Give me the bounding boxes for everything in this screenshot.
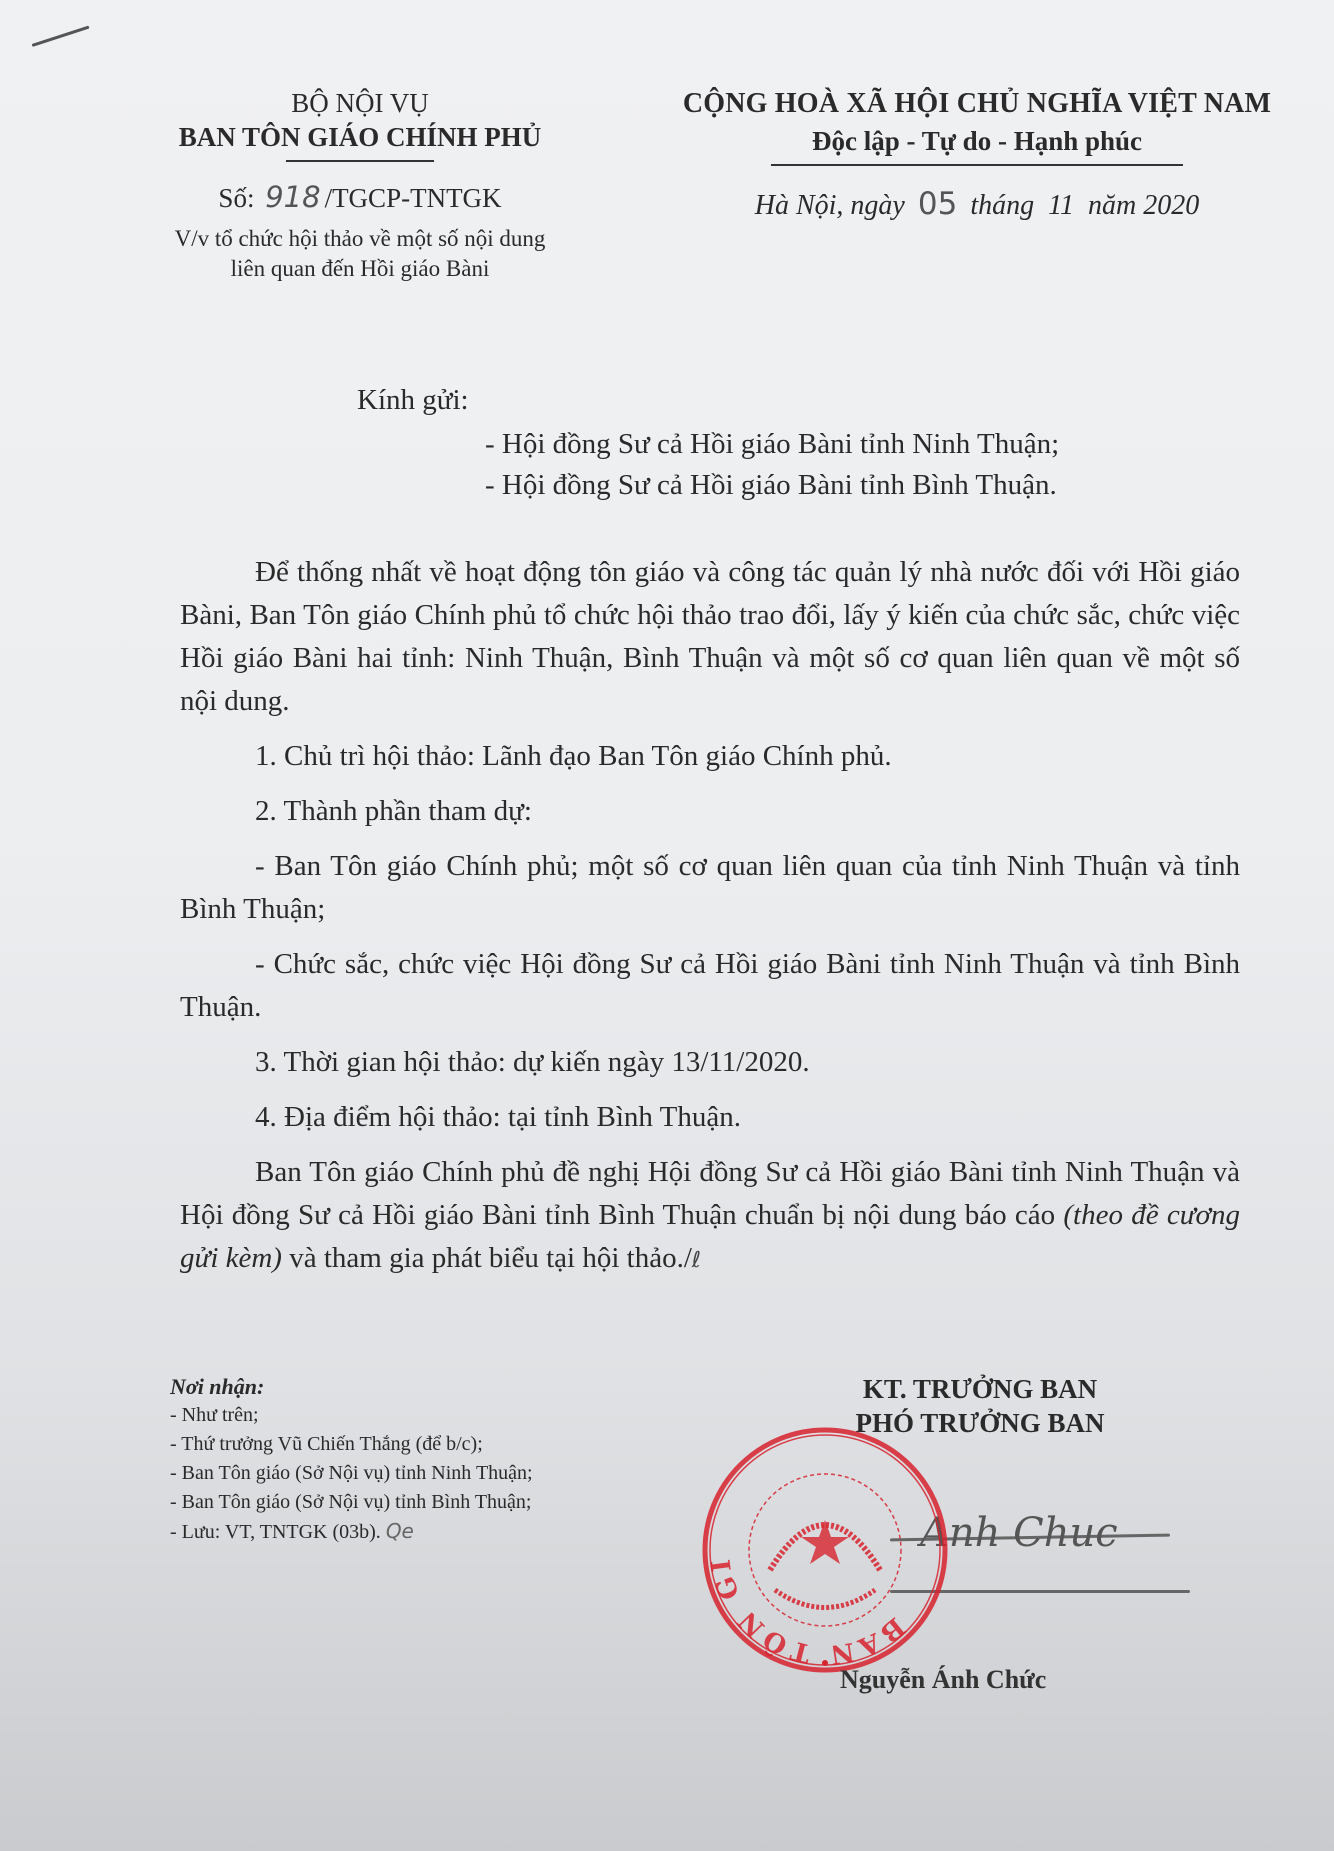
national-header: CỘNG HOÀ XÃ HỘI CHỦ NGHĨA VIỆT NAM Độc l… — [620, 86, 1334, 222]
intro-paragraph: Để thống nhất về hoạt động tôn giáo và c… — [180, 551, 1240, 723]
document-number: Số: 918/TGCP-TNTGK — [120, 180, 600, 214]
item-chair: 1. Chủ trì hội thảo: Lãnh đạo Ban Tôn gi… — [180, 735, 1240, 778]
ministry-name: BỘ NỘI VỤ — [120, 86, 600, 120]
participant-government: - Ban Tôn giáo Chính phủ; một số cơ quan… — [180, 845, 1240, 931]
handwritten-initials: Qe — [386, 1519, 414, 1543]
subject-line-2: liên quan đến Hồi giáo Bàni — [120, 254, 600, 284]
signatory-name: Nguyễn Ánh Chức — [840, 1665, 1046, 1695]
doc-number-handwritten: 918 — [261, 180, 324, 214]
signatory-line-1: KT. TRƯỞNG BAN — [820, 1372, 1140, 1406]
recipient-item: - Ban Tôn giáo (Sở Nội vụ) tỉnh Bình Thu… — [170, 1488, 533, 1517]
official-seal-icon: BAN TÔN GIÁO CHÍNH PHỦ — [700, 1425, 950, 1675]
item-participants: 2. Thành phần tham dự: — [180, 790, 1240, 833]
closing-paragraph: Ban Tôn giáo Chính phủ đề nghị Hội đồng … — [180, 1151, 1240, 1282]
issuing-agency-header: BỘ NỘI VỤ BAN TÔN GIÁO CHÍNH PHỦ Số: 918… — [120, 86, 600, 284]
doc-number-prefix: Số: — [218, 183, 254, 213]
recipient-item: - Thứ trưởng Vũ Chiến Thắng (để b/c); — [170, 1430, 533, 1459]
date-prefix: Hà Nội, ngày — [755, 190, 905, 221]
addressee-list: - Hội đồng Sư cả Hồi giáo Bàni tỉnh Ninh… — [485, 424, 1059, 506]
dateline: Hà Nội, ngày 05 tháng 11 năm 2020 — [620, 186, 1334, 222]
addressee-item: - Hội đồng Sư cả Hồi giáo Bàni tỉnh Bình… — [485, 465, 1059, 506]
date-day-handwritten: 05 — [912, 186, 963, 222]
subject: V/v tổ chức hội thảo về một số nội dung … — [120, 224, 600, 284]
doc-number-suffix: /TGCP-TNTGK — [325, 183, 502, 213]
national-motto: Độc lập - Tự do - Hạnh phúc — [620, 124, 1334, 158]
pen-mark — [32, 26, 90, 47]
svg-text:BAN TÔN GIÁO CHÍNH PHỦ: BAN TÔN GIÁO CHÍNH PHỦ — [700, 1425, 910, 1670]
recipient-item: - Lưu: VT, TNTGK (03b). Qe — [170, 1517, 533, 1547]
addressee-item: - Hội đồng Sư cả Hồi giáo Bàni tỉnh Ninh… — [485, 424, 1059, 465]
agency-underline — [286, 160, 434, 162]
letter-body: Để thống nhất về hoạt động tôn giáo và c… — [180, 551, 1240, 1294]
handwritten-initial: ℓ — [692, 1248, 701, 1273]
recipients-block: Nơi nhận: - Như trên; - Thứ trưởng Vũ Ch… — [170, 1372, 533, 1547]
motto-underline — [771, 164, 1183, 166]
participant-clergy: - Chức sắc, chức việc Hội đồng Sư cả Hồi… — [180, 943, 1240, 1029]
greeting: Kính gửi: — [357, 384, 469, 417]
recipient-item: - Ban Tôn giáo (Sở Nội vụ) tỉnh Ninh Thu… — [170, 1459, 533, 1488]
item-time: 3. Thời gian hội thảo: dự kiến ngày 13/1… — [180, 1041, 1240, 1084]
subject-line-1: V/v tổ chức hội thảo về một số nội dung — [120, 224, 600, 254]
recipient-item: - Như trên; — [170, 1401, 533, 1430]
recipients-title: Nơi nhận: — [170, 1372, 533, 1401]
nation-name: CỘNG HOÀ XÃ HỘI CHỦ NGHĨA VIỆT NAM — [620, 86, 1334, 122]
agency-name: BAN TÔN GIÁO CHÍNH PHỦ — [120, 120, 600, 154]
date-rest: tháng 11 năm 2020 — [970, 190, 1199, 221]
item-location: 4. Địa điểm hội thảo: tại tỉnh Bình Thuậ… — [180, 1096, 1240, 1139]
